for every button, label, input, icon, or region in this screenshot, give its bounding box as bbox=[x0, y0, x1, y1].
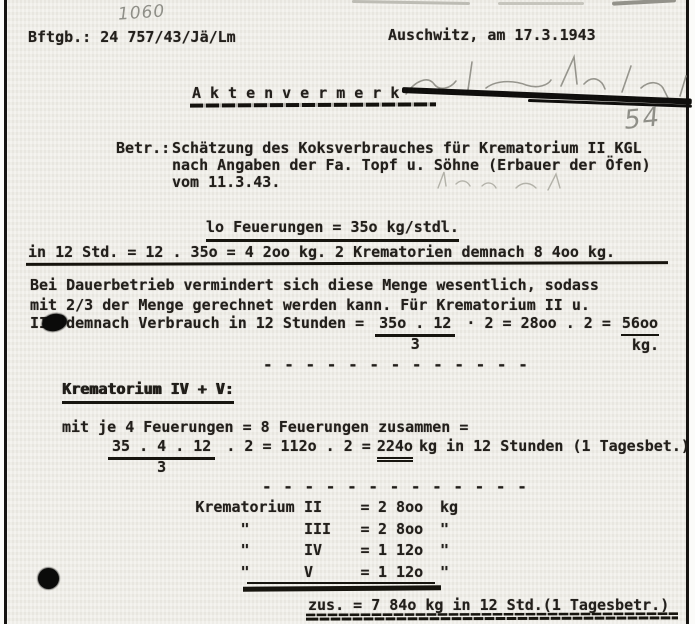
section-2-intro: mit je 4 Feuerungen = 8 Feuerungen zusam… bbox=[62, 418, 468, 437]
calc-result-stack: 56oo kg. bbox=[621, 314, 659, 355]
place-date: Auschwitz, am 17.3.1943 bbox=[388, 26, 596, 45]
fraction-1: 35o . 12 3 bbox=[375, 314, 455, 352]
row-label: Krematorium bbox=[186, 498, 304, 520]
row-value: 1 12o bbox=[378, 563, 440, 585]
handwritten-page-number: 54 bbox=[623, 102, 663, 136]
row-unit: " bbox=[440, 520, 470, 542]
calc-tail: · 2 = 28oo . 2 = bbox=[466, 314, 611, 333]
calc-result-unit: kg. bbox=[632, 336, 659, 355]
row-unit: " bbox=[440, 541, 470, 563]
row-eq: = bbox=[352, 541, 378, 563]
row-numeral: V bbox=[304, 563, 352, 585]
section-2-calc-line: 35 . 4 . 12 3 . 2 = 112o . 2 = 224o kg i… bbox=[103, 437, 690, 475]
dashed-separator-2: - - - - - - - - - - - - - bbox=[262, 477, 528, 496]
paragraph-line-3: III demnach Verbrauch in 12 Stunden = 35… bbox=[30, 314, 659, 355]
row-unit: kg bbox=[440, 498, 470, 520]
scanned-document: 1060 Bftgb.: 24 757/43/Jä/Lm Auschwitz, … bbox=[0, 0, 695, 624]
row-value: 1 12o bbox=[378, 541, 440, 563]
fraction-1-denominator: 3 bbox=[411, 337, 420, 352]
calc-heading: lo Feuerungen = 35o kg/stdl. bbox=[206, 218, 459, 242]
handwritten-number: 1060 bbox=[117, 1, 166, 24]
calc-result: 56oo bbox=[621, 314, 659, 336]
scan-frame-left bbox=[4, 0, 7, 624]
fraction-2-denominator: 3 bbox=[157, 460, 166, 475]
section-2-calc-post: kg in 12 Stunden (1 Tagesbet.) bbox=[419, 437, 690, 456]
section-2-calc-pre: . 2 = 112o . 2 = bbox=[226, 437, 371, 456]
row-numeral: III bbox=[304, 520, 352, 542]
subject-label: Betr.: bbox=[116, 139, 170, 158]
subject-annotation-scribble bbox=[432, 168, 572, 198]
row-label: " bbox=[186, 563, 304, 585]
calc-line: in 12 Std. = 12 . 35o = 4 2oo kg. 2 Krem… bbox=[28, 243, 615, 262]
calc-heading-wrap: lo Feuerungen = 35o kg/stdl. bbox=[206, 218, 459, 242]
hole-punch-mark bbox=[38, 568, 59, 589]
ref-number: Bftgb.: 24 757/43/Jä/Lm bbox=[28, 28, 236, 47]
dashed-separator-1: - - - - - - - - - - - - - bbox=[263, 355, 529, 374]
row-eq: = bbox=[352, 520, 378, 542]
section-2-heading-wrap: Krematorium IV + V: bbox=[62, 380, 234, 404]
row-numeral: II bbox=[304, 498, 352, 520]
fraction-2: 35 . 4 . 12 3 bbox=[108, 437, 215, 475]
total-double-underline bbox=[306, 612, 678, 620]
subject-line-3: vom 11.3.43. bbox=[172, 173, 280, 192]
summary-row-underline bbox=[247, 582, 435, 584]
section-2-result: 224o bbox=[377, 437, 413, 462]
row-numeral: IV bbox=[304, 541, 352, 563]
row-label: " bbox=[186, 520, 304, 542]
row-value: 2 8oo bbox=[378, 520, 440, 542]
row-eq: = bbox=[352, 563, 378, 585]
paragraph-line-3-text: III demnach Verbrauch in 12 Stunden = bbox=[30, 314, 364, 333]
fraction-2-numerator: 35 . 4 . 12 bbox=[108, 437, 215, 460]
fraction-1-numerator: 35o . 12 bbox=[375, 314, 455, 337]
top-edge-smudge bbox=[498, 2, 584, 5]
page-title: Aktenvermerk bbox=[192, 84, 408, 103]
section-2-heading: Krematorium IV + V: bbox=[62, 380, 234, 404]
row-unit: " bbox=[440, 563, 470, 585]
paragraph-line-2: mit 2/3 der Menge gerechnet werden kann.… bbox=[30, 296, 590, 315]
row-eq: = bbox=[352, 498, 378, 520]
summary-table: Krematorium II = 2 8oo kg " III = 2 8oo … bbox=[186, 498, 470, 584]
paragraph-line-1: Bei Dauerbetrieb vermindert sich diese M… bbox=[30, 276, 599, 295]
row-label: " bbox=[186, 541, 304, 563]
row-value: 2 8oo bbox=[378, 498, 440, 520]
